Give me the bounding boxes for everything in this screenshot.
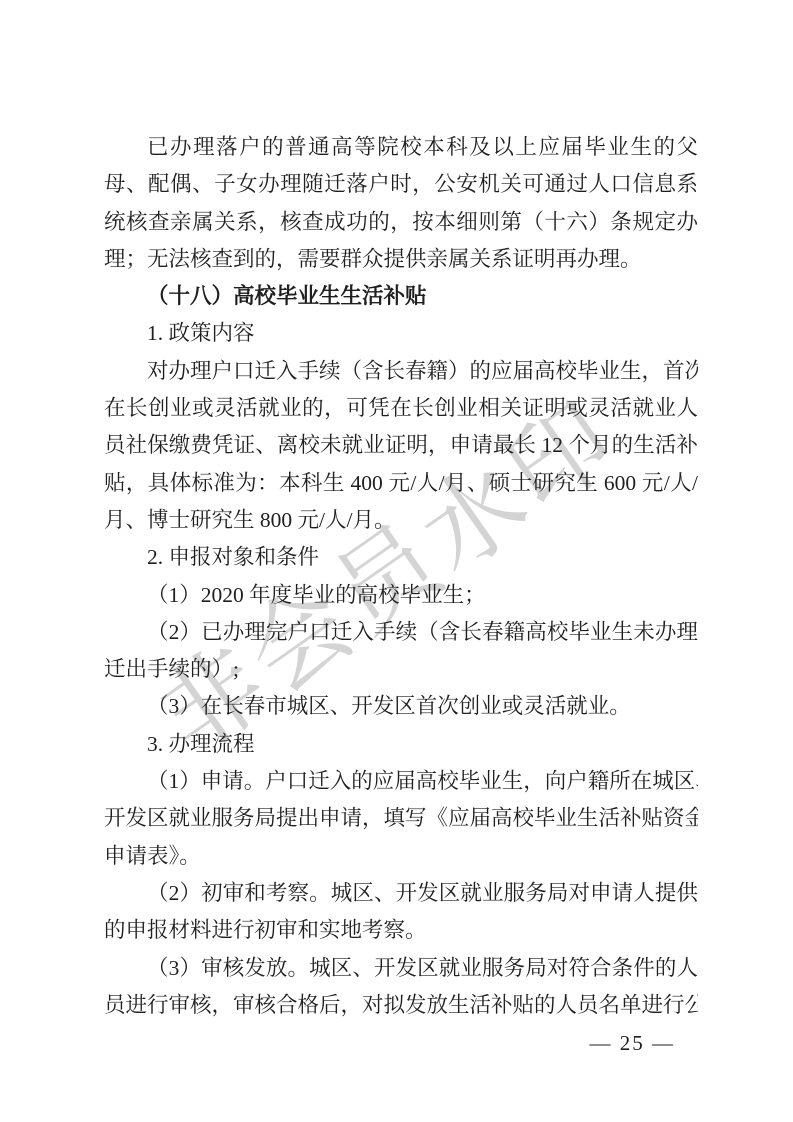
- text-line: （3）在长春市城区、开发区首次创业或灵活就业。: [104, 688, 698, 725]
- text-line: （3）审核发放。城区、开发区就业服务局对符合条件的人: [104, 950, 698, 987]
- text-line: 员进行审核，审核合格后，对拟发放生活补贴的人员名单进行公: [104, 987, 698, 1024]
- text-line: 迁出手续的）;: [104, 651, 698, 688]
- text-line: 已办理落户的普通高等院校本科及以上应届毕业生的父: [104, 129, 698, 166]
- text-line: （1）2020 年度毕业的高校毕业生；: [104, 577, 698, 614]
- text-line: 贴，具体标准为：本科生 400 元/人/月、硕士研究生 600 元/人/: [104, 465, 698, 502]
- text-line: 统核查亲属关系，核查成功的，按本细则第（十六）条规定办: [104, 204, 698, 241]
- text-line: 1. 政策内容: [104, 315, 698, 352]
- text-line: 的申报材料进行初审和实地考察。: [104, 912, 698, 949]
- text-line: （1）申请。户口迁入的应届高校毕业生，向户籍所在城区、: [104, 763, 698, 800]
- text-line: 母、配偶、子女办理随迁落户时，公安机关可通过人口信息系: [104, 166, 698, 203]
- page-number: — 25 —: [590, 1031, 676, 1056]
- text-line: 申请表》。: [104, 838, 698, 875]
- text-line: 在长创业或灵活就业的，可凭在长创业相关证明或灵活就业人: [104, 390, 698, 427]
- text-line: （2）已办理完户口迁入手续（含长春籍高校毕业生未办理: [104, 614, 698, 651]
- text-line: 对办理户口迁入手续（含长春籍）的应届高校毕业生，首次: [104, 353, 698, 390]
- text-line: （十八）高校毕业生生活补贴: [104, 278, 698, 315]
- document-page: 非会员水印 已办理落户的普通高等院校本科及以上应届毕业生的父母、配偶、子女办理随…: [0, 0, 793, 1122]
- text-line: 理；无法核查到的，需要群众提供亲属关系证明再办理。: [104, 241, 698, 278]
- text-line: 开发区就业服务局提出申请，填写《应届高校毕业生活补贴资金: [104, 800, 698, 837]
- text-line: 2. 申报对象和条件: [104, 539, 698, 576]
- document-body: 已办理落户的普通高等院校本科及以上应届毕业生的父母、配偶、子女办理随迁落户时，公…: [104, 129, 698, 1024]
- text-line: 月、博士研究生 800 元/人/月。: [104, 502, 698, 539]
- text-line: 3. 办理流程: [104, 726, 698, 763]
- text-line: （2）初审和考察。城区、开发区就业服务局对申请人提供: [104, 875, 698, 912]
- text-line: 员社保缴费凭证、离校未就业证明，申请最长 12 个月的生活补: [104, 427, 698, 464]
